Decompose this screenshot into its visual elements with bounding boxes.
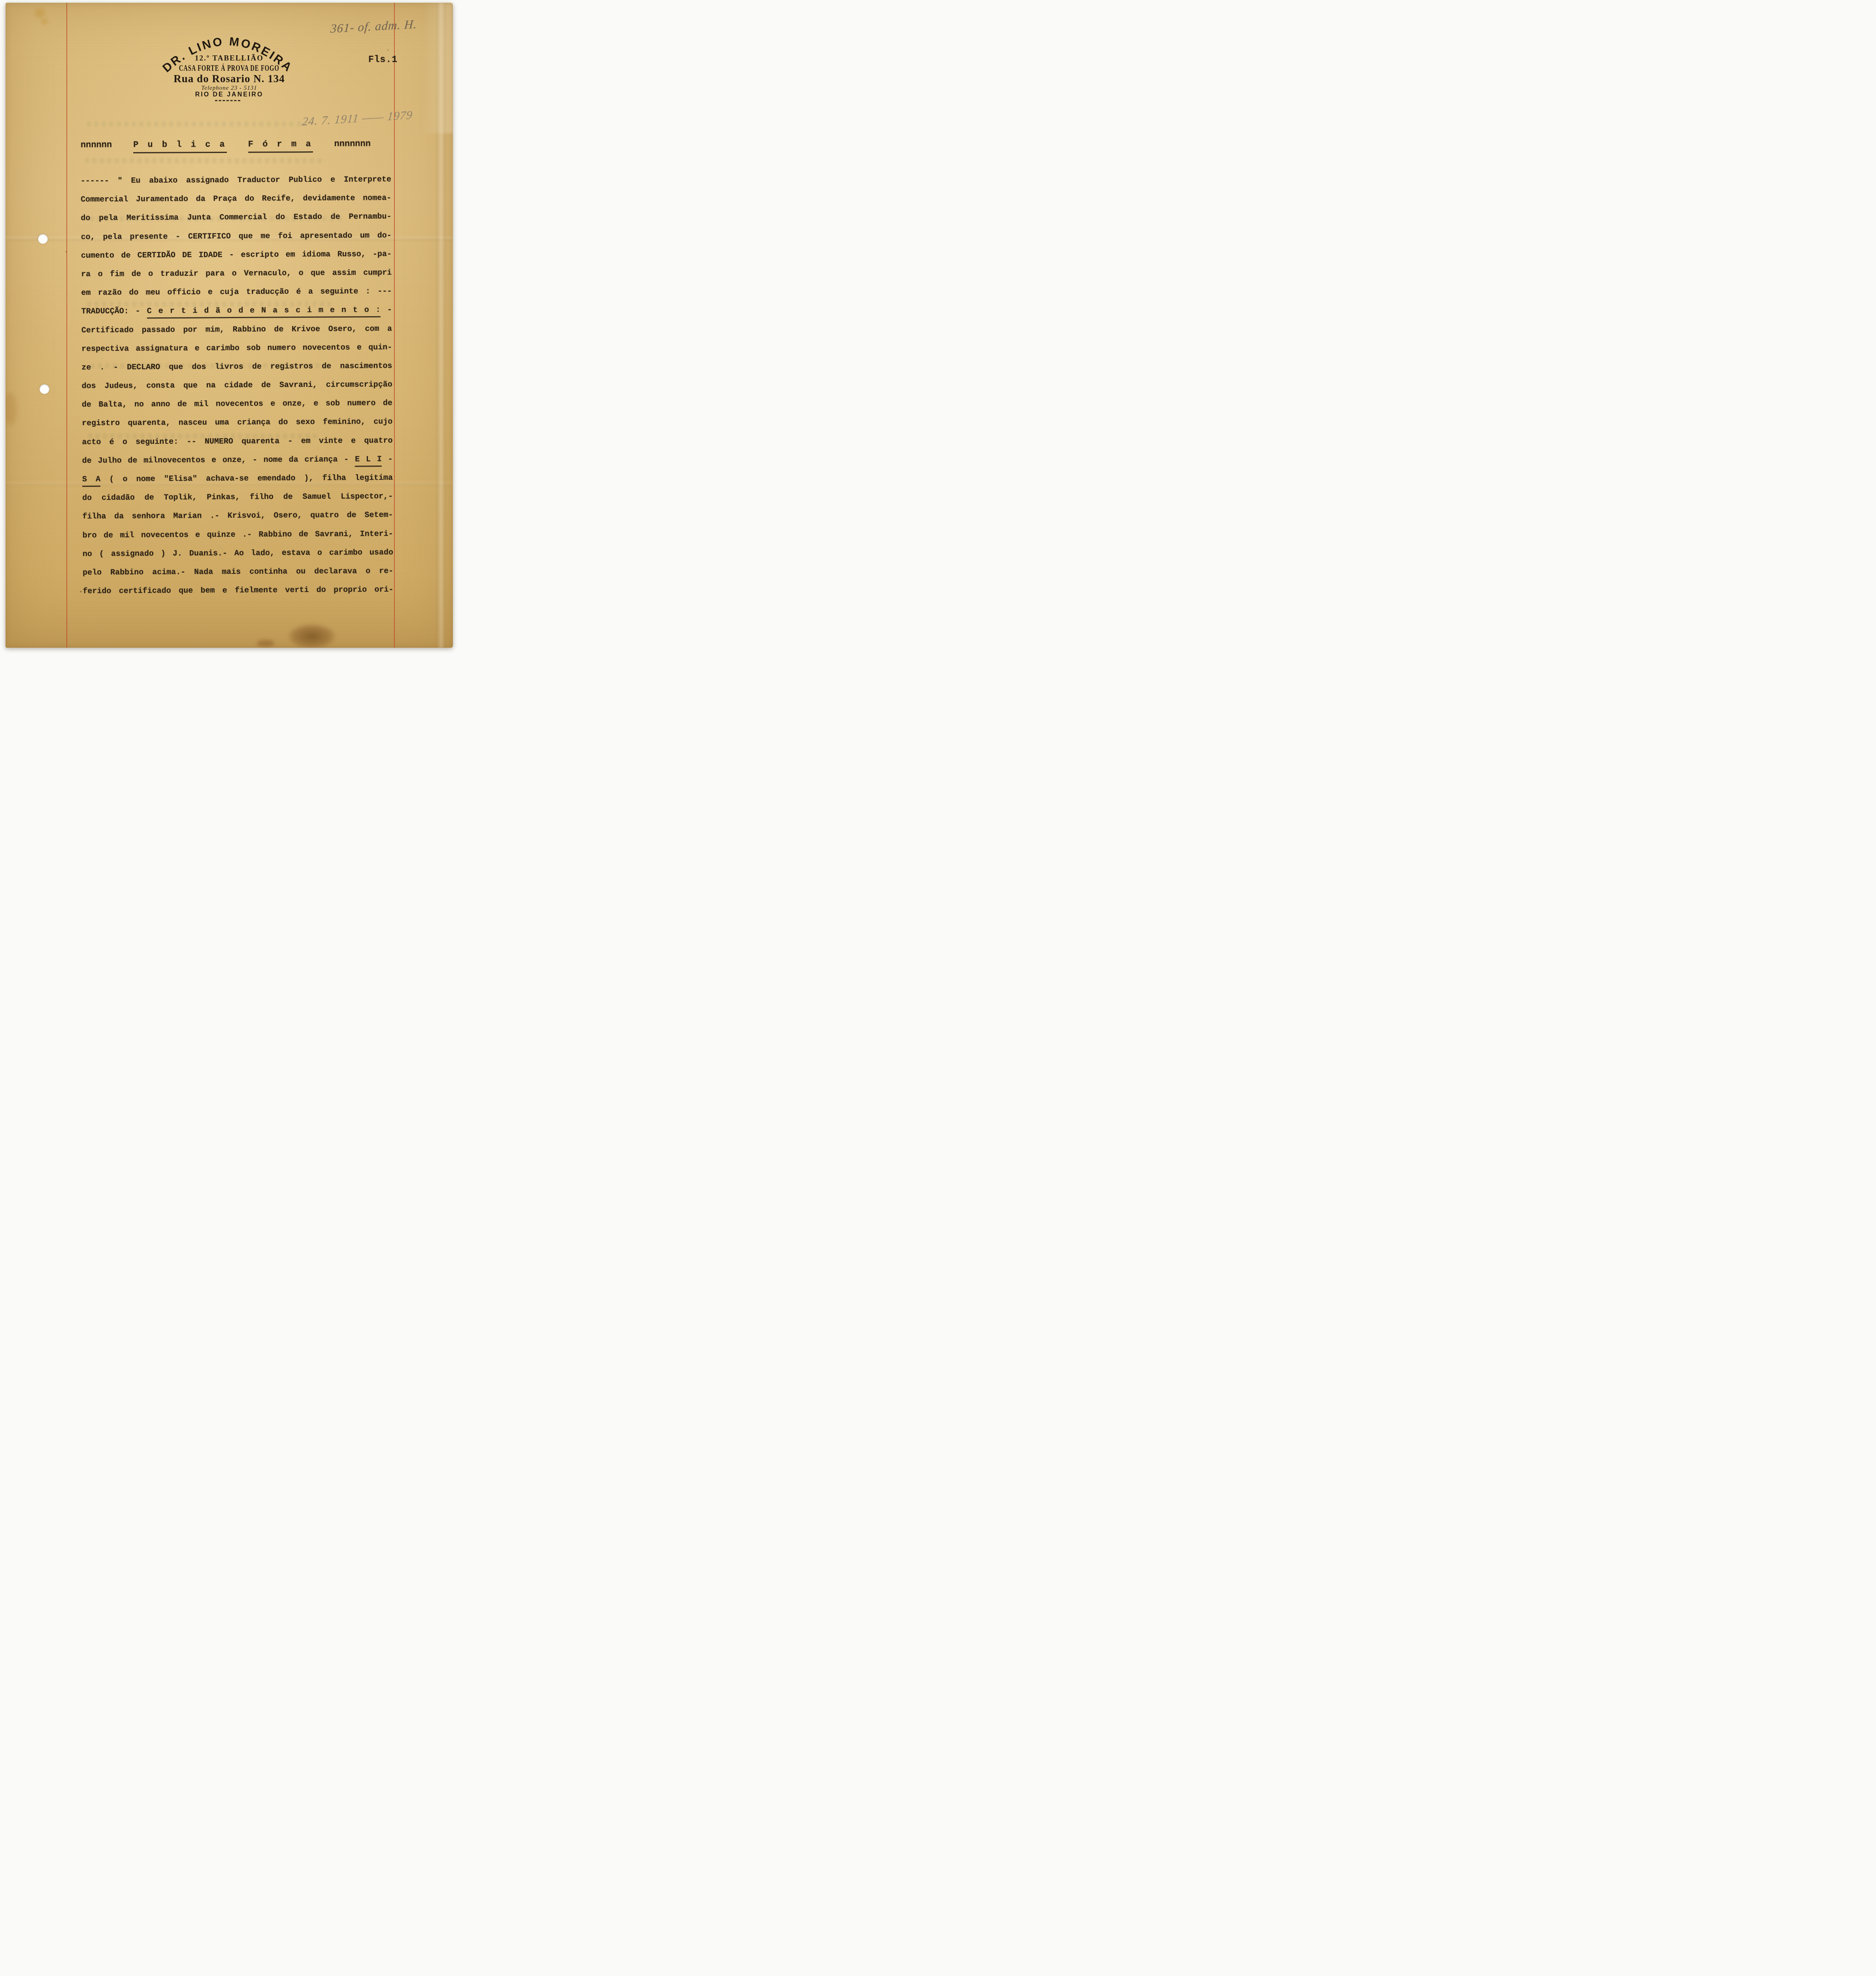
letterhead-vault: CASA FORTE Á PROVA DE FOGO <box>6 64 453 72</box>
body-line: respectiva assignatura e carimbo sob num… <box>81 343 392 363</box>
letterhead-divider <box>215 100 240 101</box>
typed-text: ra o fim de o traduzir para o Vernaculo,… <box>81 268 392 279</box>
pencil-archival-note: 361- of. adm. H. <box>330 17 417 36</box>
stain <box>257 640 274 647</box>
ghost-text <box>87 121 308 126</box>
typed-text: cumento de CERTIDÃO DE IDADE - escripto … <box>81 250 392 260</box>
body-line: Certificado passado por mim, Rabbino de … <box>81 324 392 344</box>
body-line: de Balta, no anno de mil novecentos e on… <box>82 399 392 419</box>
typed-text: do pela Meritissima Junta Commercial do … <box>81 212 391 223</box>
body-line: Commercial Juramentado da Praça do Recif… <box>81 194 391 214</box>
typed-text: bro de mil novecentos e quinze .- Rabbin… <box>83 529 393 540</box>
margin-rule-left <box>66 3 67 648</box>
body-line: co, pela presente - CERTIFICO que me foi… <box>81 231 392 251</box>
scan-background: DR. LINO MOREIRA 12.º TABELLIÃO CASA FOR… <box>0 0 469 654</box>
body-line: cumento de CERTIDÃO DE IDADE - escripto … <box>81 250 392 270</box>
typed-text: respectiva assignatura e carimbo sob num… <box>81 343 392 354</box>
body-line: em razão do meu officio e cuja traducção… <box>81 287 392 307</box>
letterhead-vault-text: CASA FORTE Á PROVA DE FOGO <box>179 63 279 74</box>
stain <box>41 19 48 25</box>
body-line: pelo Rabbino acima.- Nada mais continha … <box>83 567 393 587</box>
punch-hole-top <box>38 234 48 244</box>
typed-text: de Julho de milnovecentos e onze, - nome… <box>82 455 355 466</box>
typed-text: TRADUCÇÃO: - <box>81 307 147 316</box>
letterhead-telephone: Telephone 23 - 5131 <box>6 85 453 92</box>
title-suffix-strikes: nnnnnnn <box>334 139 371 149</box>
body-line: do pela Meritissima Junta Commercial do … <box>81 212 391 232</box>
typed-text: ze . - DECLARO que dos livros de registr… <box>81 362 392 372</box>
body-line: de Julho de milnovecentos e onze, - nome… <box>82 455 393 475</box>
typed-text: ferido certificado que bem e fielmente v… <box>83 585 393 596</box>
document-title: nnnnnn P u b l i c a F ó r m a nnnnnnn <box>81 139 371 153</box>
burn-stain <box>288 624 335 648</box>
typed-text: filha da senhora Marian .- Krisvoi, Oser… <box>82 511 393 521</box>
typed-text: acto é o seguinte: -- NUMERO quarenta - … <box>82 436 392 447</box>
title-prefix-strikes: nnnnnn <box>81 140 112 150</box>
body-line: bro de mil novecentos e quinze .- Rabbin… <box>83 529 393 549</box>
body-line: ------ " Eu abaixo assignado Traductor P… <box>81 175 391 195</box>
letterhead-city: RIO DE JANEIRO <box>6 91 453 98</box>
body-line: acto é o seguinte: -- NUMERO quarenta - … <box>82 436 392 456</box>
speck <box>80 591 82 592</box>
title-word-forma: F ó r m a <box>248 139 313 153</box>
body-line: ze . - DECLARO que dos livros de registr… <box>81 362 392 382</box>
underlined-text: C e r t i d ã o d e N a s c i m e n t o … <box>147 305 381 319</box>
stain <box>6 392 17 426</box>
typed-text: ------ " Eu abaixo assignado Traductor P… <box>81 175 391 186</box>
document-page: DR. LINO MOREIRA 12.º TABELLIÃO CASA FOR… <box>6 3 453 648</box>
body-line: dos Judeus, consta que na cidade de Savr… <box>82 380 392 400</box>
speck <box>387 49 388 51</box>
pencil-date-note: 24. 7. 1911 —— 1979 <box>302 108 413 128</box>
body-line: do cidadão de Toplik, Pinkas, filho de S… <box>82 492 393 512</box>
body-line: ra o fim de o traduzir para o Vernaculo,… <box>81 268 392 288</box>
typed-text: em razão do meu officio e cuja traducção… <box>81 287 392 298</box>
stain <box>35 8 45 18</box>
body-line: no ( assignado ) J. Duanis.- Ao lado, es… <box>83 548 393 568</box>
typed-text: dos Judeus, consta que na cidade de Savr… <box>82 380 392 391</box>
title-word-publica: P u b l i c a <box>133 140 227 153</box>
letterhead-address: Rua do Rosario N. 134 <box>6 73 453 85</box>
typed-text: no ( assignado ) J. Duanis.- Ao lado, es… <box>83 548 393 559</box>
typed-text: Certificado passado por mim, Rabbino de … <box>81 324 392 335</box>
body-line: ferido certificado que bem e fielmente v… <box>83 585 393 605</box>
typed-text: registro quarenta, nasceu uma criança do… <box>82 417 392 428</box>
typed-text: - <box>382 455 393 464</box>
underlined-text: E L I <box>355 455 382 467</box>
body-line: TRADUCÇÃO: - C e r t i d ã o d e N a s c… <box>81 305 392 326</box>
margin-rule-right <box>394 3 395 648</box>
body-text: ------ " Eu abaixo assignado Traductor P… <box>81 175 394 605</box>
typed-text: do cidadão de Toplik, Pinkas, filho de S… <box>82 492 393 503</box>
body-line: registro quarenta, nasceu uma criança do… <box>82 417 392 437</box>
typed-text: - <box>381 305 392 315</box>
punch-hole-bottom <box>40 384 49 394</box>
ghost-text <box>85 158 326 163</box>
typed-text: Commercial Juramentado da Praça do Recif… <box>81 194 391 204</box>
folio-number: Fls.1 <box>368 55 398 65</box>
body-line: S A ( o nome "Elisa" achava-se emendado … <box>82 473 393 494</box>
body-line: filha da senhora Marian .- Krisvoi, Oser… <box>82 511 393 531</box>
typed-text: pelo Rabbino acima.- Nada mais continha … <box>83 567 393 577</box>
typed-text: ( o nome "Elisa" achava-se emendado ), f… <box>100 473 393 484</box>
typed-text: de Balta, no anno de mil novecentos e on… <box>82 399 392 409</box>
underlined-text: S A <box>82 475 100 487</box>
typed-text: co, pela presente - CERTIFICO que me foi… <box>81 231 392 241</box>
